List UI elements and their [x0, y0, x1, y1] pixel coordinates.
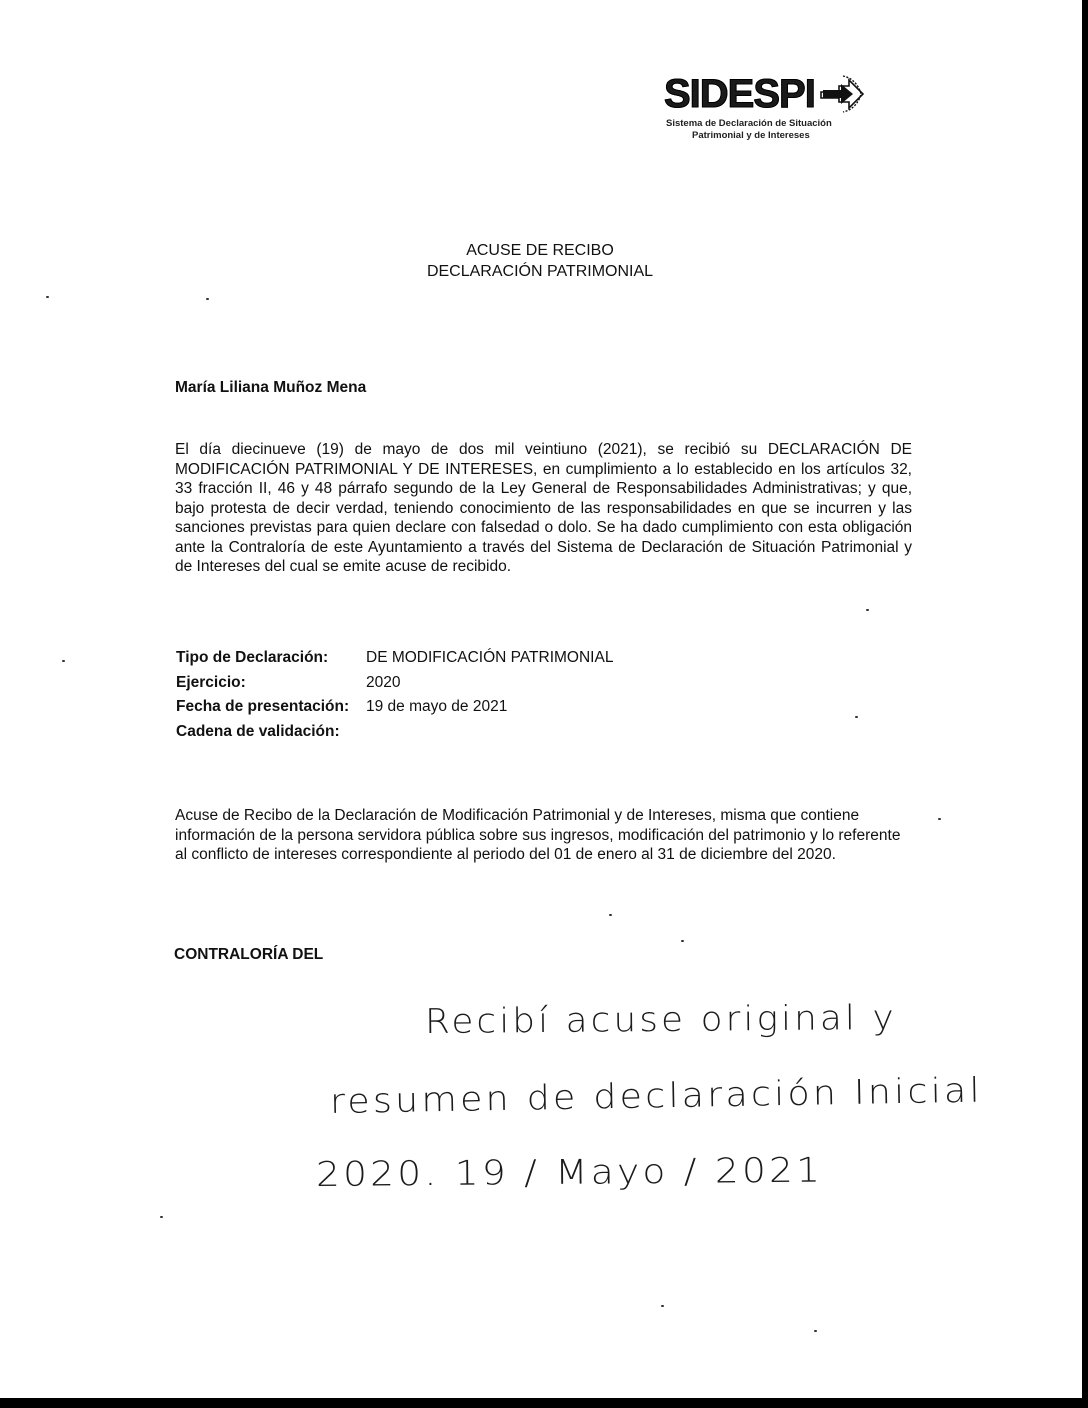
field-value: 19 de mayo de 2021 [366, 695, 507, 720]
sidespi-logo: SIDESPI Sistema de Declaración de Situac… [664, 72, 874, 142]
handwritten-note-line-2: resumen de declaración Inicial [330, 1071, 983, 1122]
arrow-right-icon [819, 72, 865, 116]
field-label: Fecha de presentación: [176, 695, 366, 720]
field-row-cadena: Cadena de validación: [176, 720, 613, 745]
scan-speck [855, 716, 858, 718]
scan-edge-bottom [0, 1398, 1088, 1408]
logo-wordmark: SIDESPI [664, 72, 815, 116]
title-line-2: DECLARACIÓN PATRIMONIAL [340, 261, 740, 282]
field-row-ejercicio: Ejercicio: 2020 [176, 671, 613, 696]
document-page: SIDESPI Sistema de Declaración de Situac… [0, 0, 1088, 1408]
logo-subtitle-line1: Sistema de Declaración de Situación [666, 118, 874, 130]
scan-speck [814, 1330, 817, 1332]
scan-edge-right [1082, 0, 1088, 1408]
scan-speck [609, 914, 612, 916]
summary-paragraph: Acuse de Recibo de la Declaración de Mod… [175, 806, 905, 865]
signoff: CONTRALORÍA DEL [174, 946, 323, 964]
scan-speck [160, 1216, 163, 1218]
logo-subtitle-line2: Patrimonial y de Intereses [692, 130, 874, 142]
scan-speck [46, 296, 49, 298]
field-row-tipo: Tipo de Declaración: DE MODIFICACIÓN PAT… [176, 646, 613, 671]
document-title: ACUSE DE RECIBO DECLARACIÓN PATRIMONIAL [340, 240, 740, 282]
scan-speck [681, 940, 684, 942]
field-label: Ejercicio: [176, 671, 366, 696]
declaration-fields: Tipo de Declaración: DE MODIFICACIÓN PAT… [176, 646, 613, 744]
field-value: 2020 [366, 671, 400, 696]
recipient-name: María Liliana Muñoz Mena [175, 379, 366, 397]
handwritten-note-line-3: 2020. 19 / Mayo / 2021 [316, 1151, 824, 1195]
body-paragraph: El día diecinueve (19) de mayo de dos mi… [175, 440, 912, 577]
title-line-1: ACUSE DE RECIBO [340, 240, 740, 261]
scan-speck [206, 298, 209, 300]
logo-wordmark-row: SIDESPI [664, 72, 874, 116]
scan-speck [661, 1305, 664, 1307]
scan-speck [938, 818, 941, 820]
scan-speck [866, 609, 869, 611]
field-value: DE MODIFICACIÓN PATRIMONIAL [366, 646, 613, 671]
field-label: Cadena de validación: [176, 720, 366, 745]
handwritten-note-line-1: Recibí acuse original y [425, 998, 897, 1042]
scan-speck [62, 660, 65, 662]
field-label: Tipo de Declaración: [176, 646, 366, 671]
field-row-fecha: Fecha de presentación: 19 de mayo de 202… [176, 695, 613, 720]
